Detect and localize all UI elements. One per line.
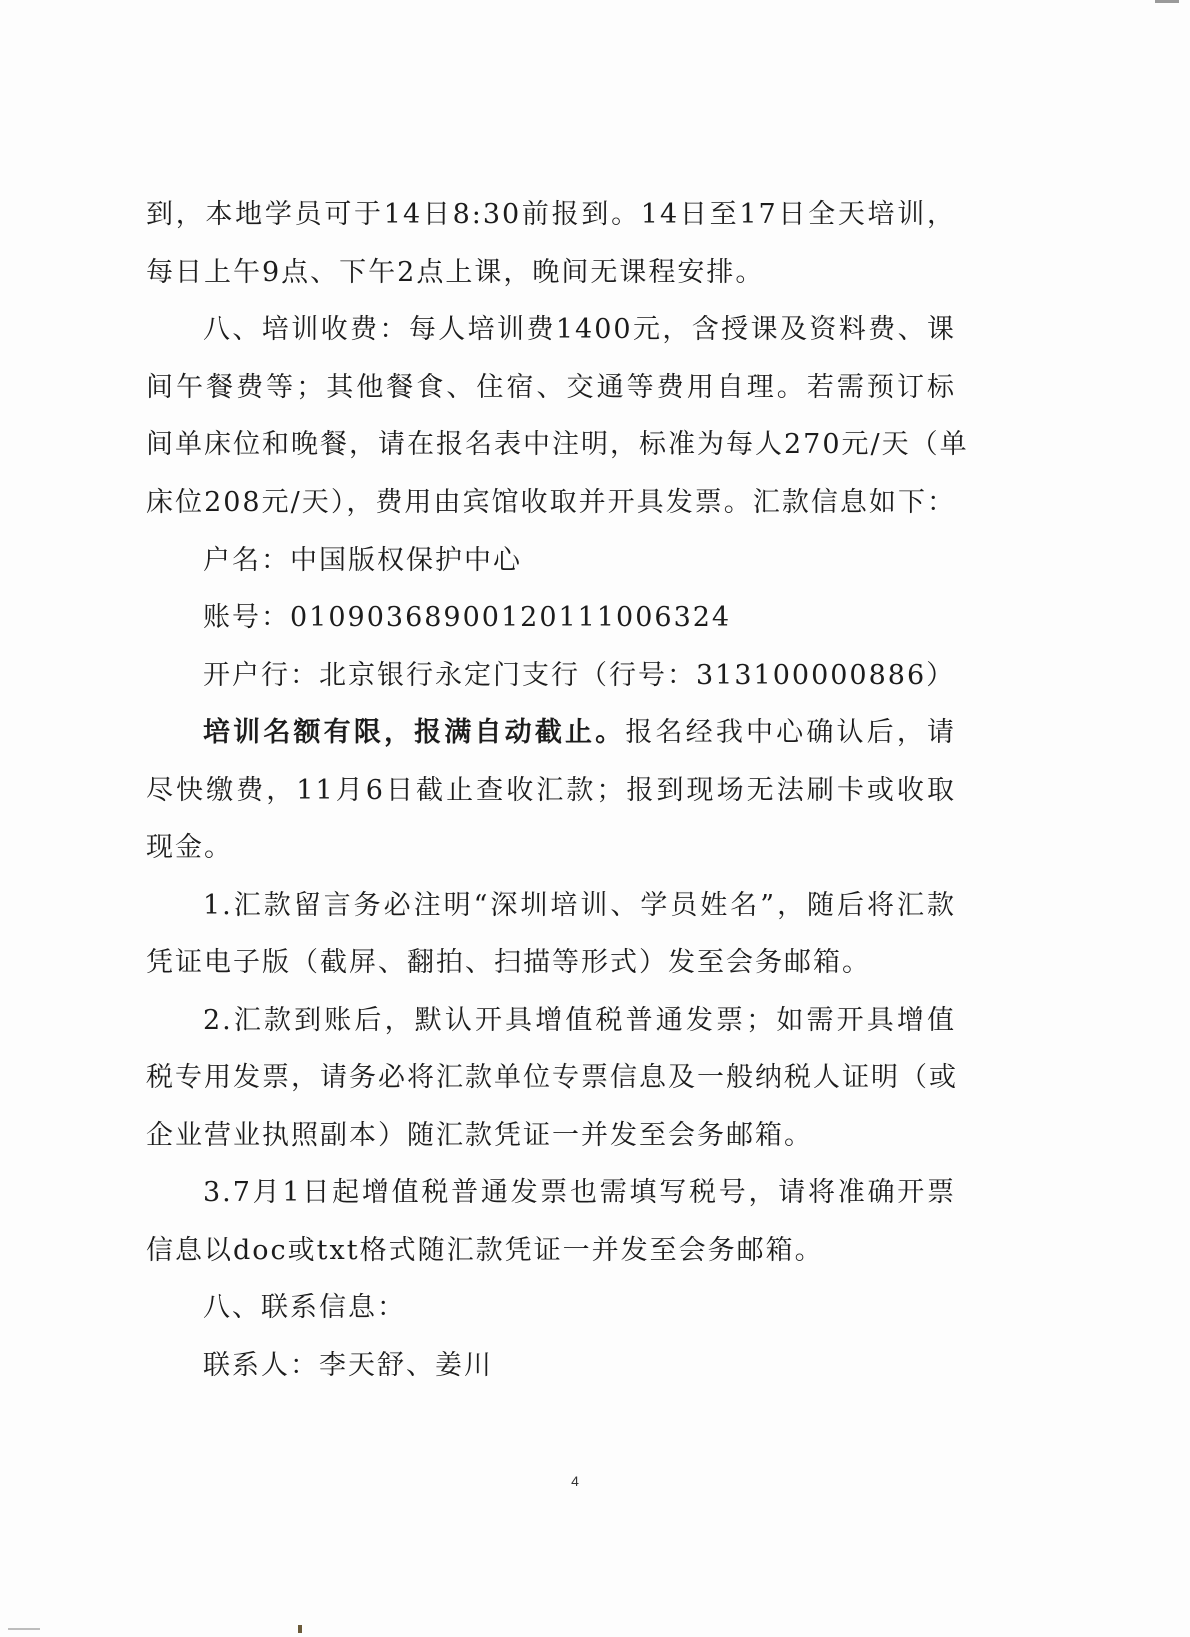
quota-notice-bold: 培训名额有限，报满自动截止。: [203, 717, 625, 748]
list-item-2-line-1: 2.汇款到账后，默认开具增值税普通发票；如需开具增值: [203, 1003, 956, 1039]
account-name: 户名：中国版权保护中心: [203, 543, 956, 579]
list-item-3-line-2: 信息以doc或txt格式随汇款凭证一并发至会务邮箱。: [146, 1233, 956, 1269]
page-number: 4: [560, 1473, 590, 1489]
text-line-registration-schedule: 到，本地学员可于14日8:30前报到。14日至17日全天培训，: [146, 197, 956, 233]
list-item-2-line-2: 税专用发票，请务必将汇款单位专票信息及一般纳税人证明（或: [146, 1060, 956, 1096]
section-heading-contact: 八、联系信息：: [203, 1290, 956, 1326]
list-item-3-line-1: 3.7月1日起增值税普通发票也需填写税号，请将准确开票: [203, 1175, 956, 1211]
list-item-1-line-1: 1.汇款留言务必注明“深圳培训、学员姓名”，随后将汇款: [203, 888, 956, 924]
text-line-fee-detail-1: 间午餐费等；其他餐食、住宿、交通等费用自理。若需预订标: [146, 370, 956, 406]
document-page: 到，本地学员可于14日8:30前报到。14日至17日全天培训， 每日上午9点、下…: [0, 0, 1190, 1637]
contact-persons: 联系人：李天舒、姜川: [203, 1348, 956, 1384]
text-line-quota-notice: 培训名额有限，报满自动截止。报名经我中心确认后，请: [203, 715, 956, 751]
account-number: 账号：01090368900120111006324: [203, 600, 956, 636]
text-line-cash: 现金。: [146, 830, 956, 866]
text-line-payment-deadline: 尽快缴费，11月6日截止查收汇款；报到现场无法刷卡或收取: [146, 773, 956, 809]
text-line-fee-detail-2: 间单床位和晚餐，请在报名表中注明，标准为每人270元/天（单: [146, 427, 956, 463]
bank-branch: 开户行：北京银行永定门支行（行号：313100000886）: [203, 658, 956, 694]
list-item-1-line-2: 凭证电子版（截屏、翻拍、扫描等形式）发至会务邮箱。: [146, 945, 956, 981]
scan-artifact-bottom-left: [8, 1628, 40, 1630]
text-line-fee-detail-3: 床位208元/天），费用由宾馆收取并开具发票。汇款信息如下：: [146, 485, 956, 521]
text-line-class-times: 每日上午9点、下午2点上课，晚间无课程安排。: [146, 255, 956, 291]
list-item-2-line-3: 企业营业执照副本）随汇款凭证一并发至会务邮箱。: [146, 1118, 956, 1154]
quota-notice-rest: 报名经我中心确认后，请: [625, 717, 956, 748]
section-heading-training-fee: 八、培训收费：每人培训费1400元，含授课及资料费、课: [203, 312, 956, 348]
scan-artifact-top-right: [1155, 0, 1179, 3]
scan-artifact-bottom: [298, 1625, 302, 1633]
